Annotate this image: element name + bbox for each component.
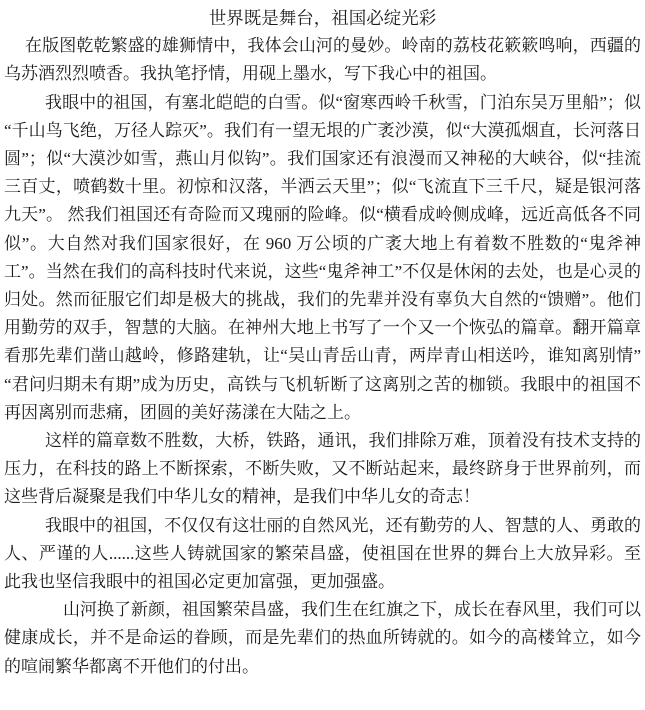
paragraph-people: 我眼中的祖国，不仅仅有这壮丽的自然风光，还有勤劳的人、智慧的人、勇敢的人、严谨的… (4, 512, 641, 597)
paragraph-intro: 在版图乾乾繁盛的雄狮情中，我体会山河的曼妙。岭南的荔枝花簌簌鸣响，西疆的乌苏酒烈… (4, 32, 641, 88)
document-page: 世界既是舞台，祖国必绽光彩 在版图乾乾繁盛的雄狮情中，我体会山河的曼妙。岭南的荔… (0, 0, 645, 710)
paragraph-technology: 这样的篇章数不胜数，大桥，铁路，通讯，我们排除万难，顶着没有技术支持的压力，在科… (4, 427, 641, 512)
document-body: 在版图乾乾繁盛的雄狮情中，我体会山河的曼妙。岭南的荔枝花簌簌鸣响，西疆的乌苏酒烈… (4, 32, 641, 681)
document-title: 世界既是舞台，祖国必绽光彩 (4, 4, 641, 32)
paragraph-scenery: 我眼中的祖国，有塞北皑皑的白雪。似“窗寒西岭千秋雪，门泊东吴万里船”；似“千山鸟… (4, 89, 641, 427)
paragraph-conclusion: 山河换了新颜，祖国繁荣昌盛，我们生在红旗之下，成长在春风里，我们可以健康成长，并… (4, 596, 641, 681)
